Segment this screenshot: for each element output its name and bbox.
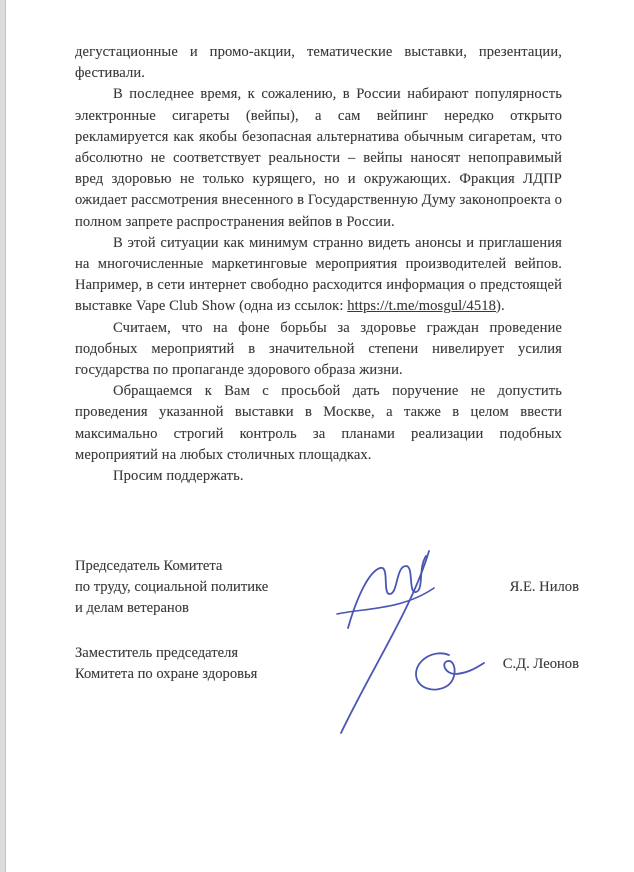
- paragraph-support: Просим поддержать.: [75, 466, 562, 487]
- letter-body: дегустационные и промо-акции, тематическ…: [75, 42, 562, 509]
- paragraph-healthy-lifestyle: Считаем, что на фоне борьбы за здоровье …: [75, 318, 562, 382]
- letter-page: дегустационные и промо-акции, тематическ…: [0, 0, 634, 872]
- signer-title: Заместитель председателя Комитета по охр…: [75, 643, 257, 685]
- signer-name: С.Д. Леонов: [503, 654, 579, 675]
- paragraph-request: Обращаемся к Вам с просьбой дать поручен…: [75, 381, 562, 466]
- signer-name: Я.Е. Нилов: [510, 577, 579, 598]
- paragraph-vapes-popularity: В последнее время, к сожалению, в России…: [75, 84, 562, 232]
- signature-row-leonov: Заместитель председателя Комитета по охр…: [75, 643, 579, 685]
- paragraph-vape-club-show: В этой ситуации как минимум странно виде…: [75, 233, 562, 318]
- signature-block: Председатель Комитета по труду, социальн…: [75, 556, 579, 685]
- signer-title: Председатель Комитета по труду, социальн…: [75, 556, 268, 619]
- paragraph-continuation: дегустационные и промо-акции, тематическ…: [75, 42, 562, 84]
- signature-row-nilov: Председатель Комитета по труду, социальн…: [75, 556, 579, 619]
- telegram-link[interactable]: https://t.me/mosgul/4518: [347, 298, 496, 314]
- paragraph-text-after-link: ).: [496, 298, 505, 314]
